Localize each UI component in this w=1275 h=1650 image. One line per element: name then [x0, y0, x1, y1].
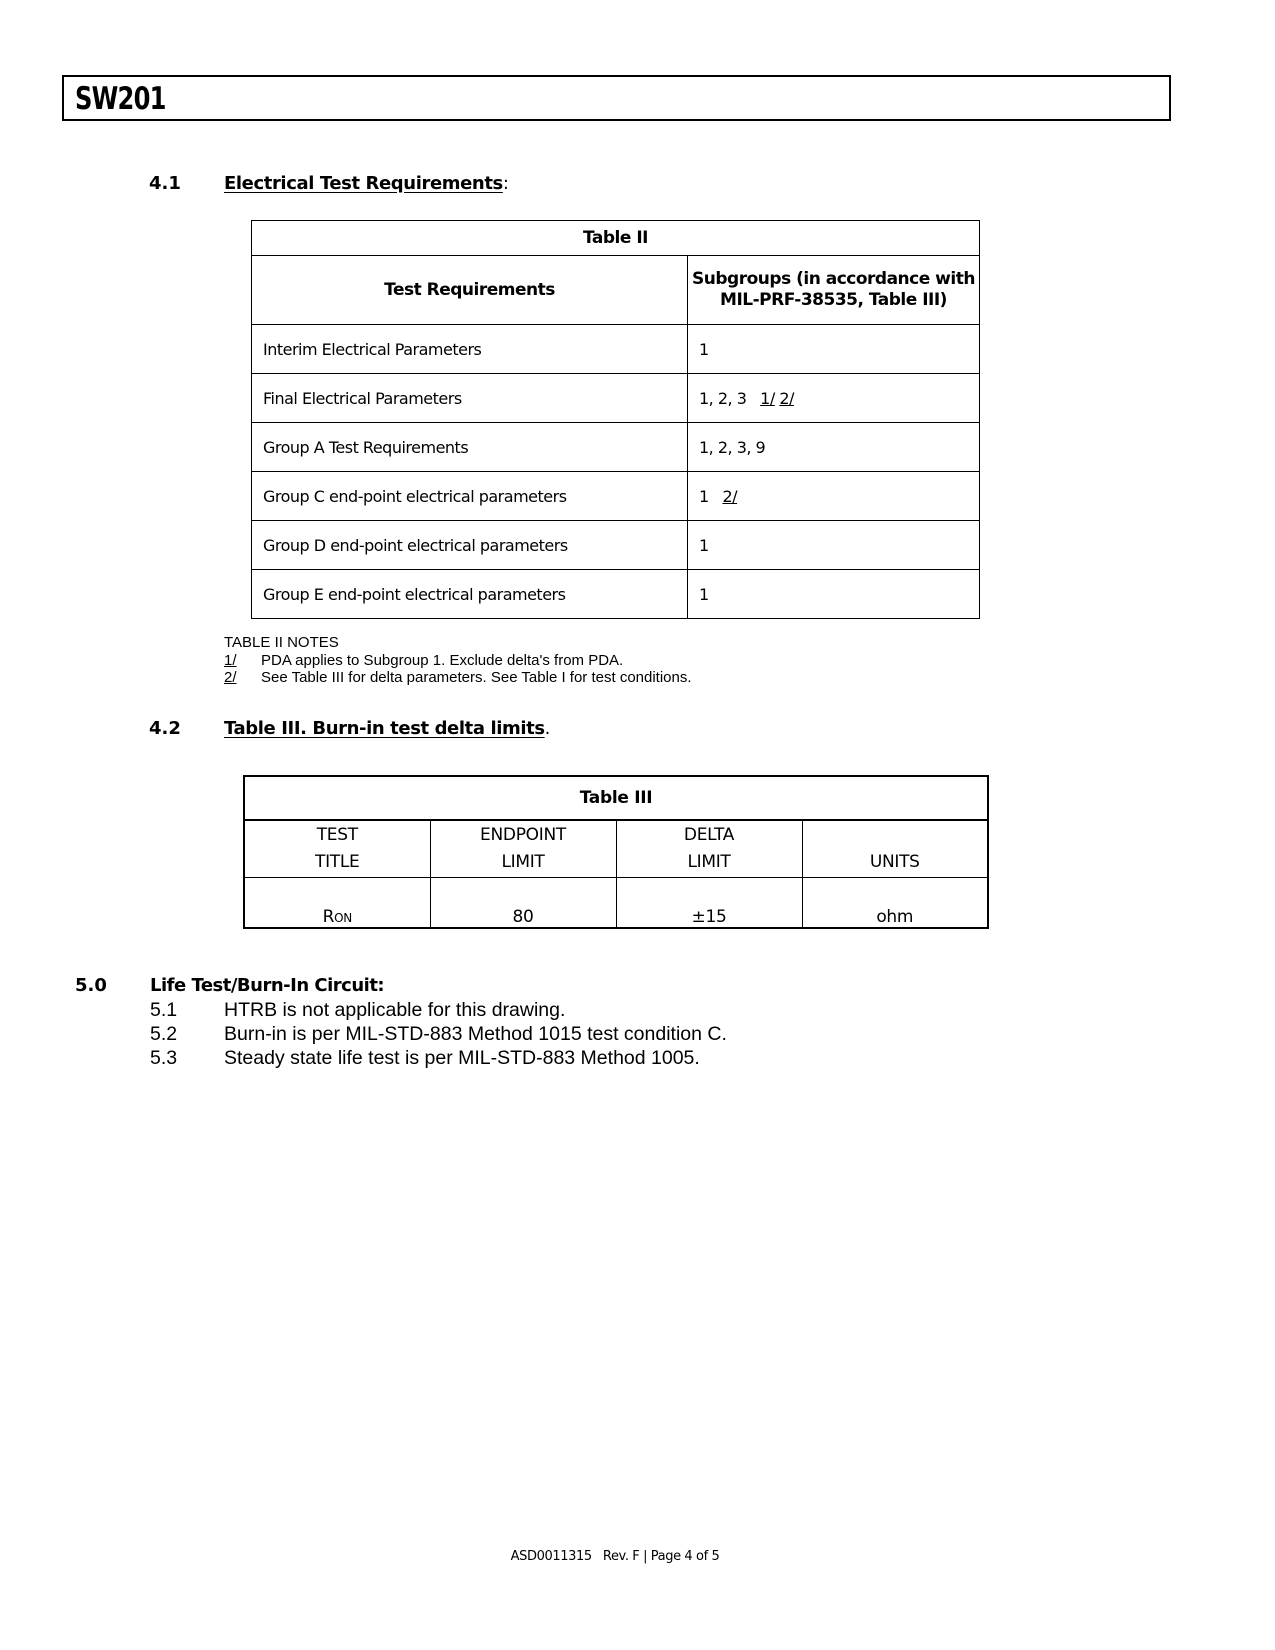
subgroups-header-line1: Subgroups (in accordance with [692, 269, 975, 289]
cell-subgroups: 1 2/ [688, 472, 980, 521]
section-4-2-heading: Table III. Burn-in test delta limits. [224, 718, 550, 739]
table-row: Group A Test Requirements1, 2, 3, 9 [252, 423, 980, 472]
note-key: 1/ [224, 652, 261, 670]
cell-units: ohm [802, 878, 988, 929]
cell-requirement: Group E end-point electrical parameters [252, 570, 688, 619]
table-ii-notes-title: TABLE II NOTES [224, 634, 692, 652]
cell-requirement: Interim Electrical Parameters [252, 325, 688, 374]
table-iii-header-row: TESTTITLE ENDPOINTLIMIT DELTALIMIT UNITS [244, 820, 988, 878]
note-item: 1/PDA applies to Subgroup 1. Exclude del… [224, 652, 692, 670]
list-item: 5.3Steady state life test is per MIL-STD… [150, 1046, 727, 1070]
test-subscript: ON [334, 911, 352, 925]
note-text: See Table III for delta parameters. See … [261, 669, 692, 686]
subgroups-value: 1 [699, 536, 709, 555]
table-ii-caption: Table II [252, 221, 980, 256]
section-4-2-title: Table III. Burn-in test delta limits [224, 718, 545, 739]
note-item: 2/See Table III for delta parameters. Se… [224, 669, 692, 687]
cell-test-title: RON [244, 878, 430, 929]
header-line2: LIMIT [687, 852, 730, 872]
test-main: R [323, 907, 335, 927]
item-number: 5.3 [150, 1046, 224, 1070]
table-iii: Table III TESTTITLE ENDPOINTLIMIT DELTAL… [243, 775, 989, 929]
section-5-0-number: 5.0 [75, 975, 107, 996]
list-item: 5.1HTRB is not applicable for this drawi… [150, 998, 727, 1022]
subgroups-value: 1 [699, 585, 709, 604]
table-ii-notes: TABLE II NOTES 1/PDA applies to Subgroup… [224, 634, 692, 687]
page-footer: ASD0011315 Rev. F | Page 4 of 5 [0, 1549, 1230, 1564]
section-4-1-heading: Electrical Test Requirements: [224, 173, 509, 194]
header-delta-limit: DELTALIMIT [616, 820, 802, 878]
table-row: Group C end-point electrical parameters1… [252, 472, 980, 521]
section-5-0-items: 5.1HTRB is not applicable for this drawi… [150, 998, 727, 1070]
table-row: Interim Electrical Parameters1 [252, 325, 980, 374]
note-reference: 2/ [779, 389, 794, 408]
item-text: Burn-in is per MIL-STD-883 Method 1015 t… [224, 1023, 727, 1045]
header-line1: ENDPOINT [480, 825, 566, 845]
table-ii: Table II Test Requirements Subgroups (in… [251, 220, 980, 619]
item-number: 5.1 [150, 998, 224, 1022]
subgroups-value: 1 [699, 340, 709, 359]
note-key: 2/ [224, 669, 261, 687]
header-endpoint-limit: ENDPOINTLIMIT [430, 820, 616, 878]
header-line1: DELTA [684, 825, 734, 845]
note-reference: 1/ [760, 389, 775, 408]
note-reference: 2/ [722, 487, 737, 506]
header-line2: UNITS [870, 852, 920, 872]
item-text: HTRB is not applicable for this drawing. [224, 999, 565, 1021]
item-number: 5.2 [150, 1022, 224, 1046]
cell-requirement: Group A Test Requirements [252, 423, 688, 472]
section-4-1-number: 4.1 [149, 173, 181, 194]
cell-subgroups: 1 [688, 325, 980, 374]
subgroups-value: 1, 2, 3 [699, 389, 746, 408]
header-line2: TITLE [315, 852, 360, 872]
note-text: PDA applies to Subgroup 1. Exclude delta… [261, 652, 623, 669]
cell-subgroups: 1 [688, 521, 980, 570]
list-item: 5.2Burn-in is per MIL-STD-883 Method 101… [150, 1022, 727, 1046]
header-line1: TEST [317, 825, 358, 845]
cell-requirement: Group D end-point electrical parameters [252, 521, 688, 570]
section-4-1-trail: : [503, 173, 509, 194]
table-row: Group E end-point electrical parameters1 [252, 570, 980, 619]
header-test-title: TESTTITLE [244, 820, 430, 878]
cell-subgroups: 1, 2, 3 1/ 2/ [688, 374, 980, 423]
table-row: RON 80 ±15 ohm [244, 878, 988, 929]
header-line2: LIMIT [501, 852, 544, 872]
subgroups-value: 1 [699, 487, 709, 506]
subgroups-value: 1, 2, 3, 9 [699, 438, 765, 457]
header-units: UNITS [802, 820, 988, 878]
document-header: SW201 [62, 75, 1171, 121]
cell-requirement: Group C end-point electrical parameters [252, 472, 688, 521]
cell-endpoint-limit: 80 [430, 878, 616, 929]
section-5-0-title: Life Test/Burn-In Circuit: [150, 975, 384, 996]
cell-subgroups: 1 [688, 570, 980, 619]
table-ii-header-subgroups: Subgroups (in accordance with MIL-PRF-38… [688, 256, 980, 325]
table-ii-header-requirements: Test Requirements [252, 256, 688, 325]
table-iii-caption: Table III [244, 776, 988, 820]
cell-subgroups: 1, 2, 3, 9 [688, 423, 980, 472]
section-4-2-number: 4.2 [149, 718, 181, 739]
section-4-1-title: Electrical Test Requirements [224, 173, 503, 194]
subgroups-header-line2: MIL-PRF-38535, Table III) [720, 290, 947, 310]
cell-requirement: Final Electrical Parameters [252, 374, 688, 423]
item-text: Steady state life test is per MIL-STD-88… [224, 1047, 700, 1069]
table-row: Final Electrical Parameters1, 2, 3 1/ 2/ [252, 374, 980, 423]
section-4-2-trail: . [545, 718, 550, 739]
table-ii-header-row: Test Requirements Subgroups (in accordan… [252, 256, 980, 325]
cell-delta-limit: ±15 [616, 878, 802, 929]
part-number-title: SW201 [75, 81, 166, 117]
table-row: Group D end-point electrical parameters1 [252, 521, 980, 570]
